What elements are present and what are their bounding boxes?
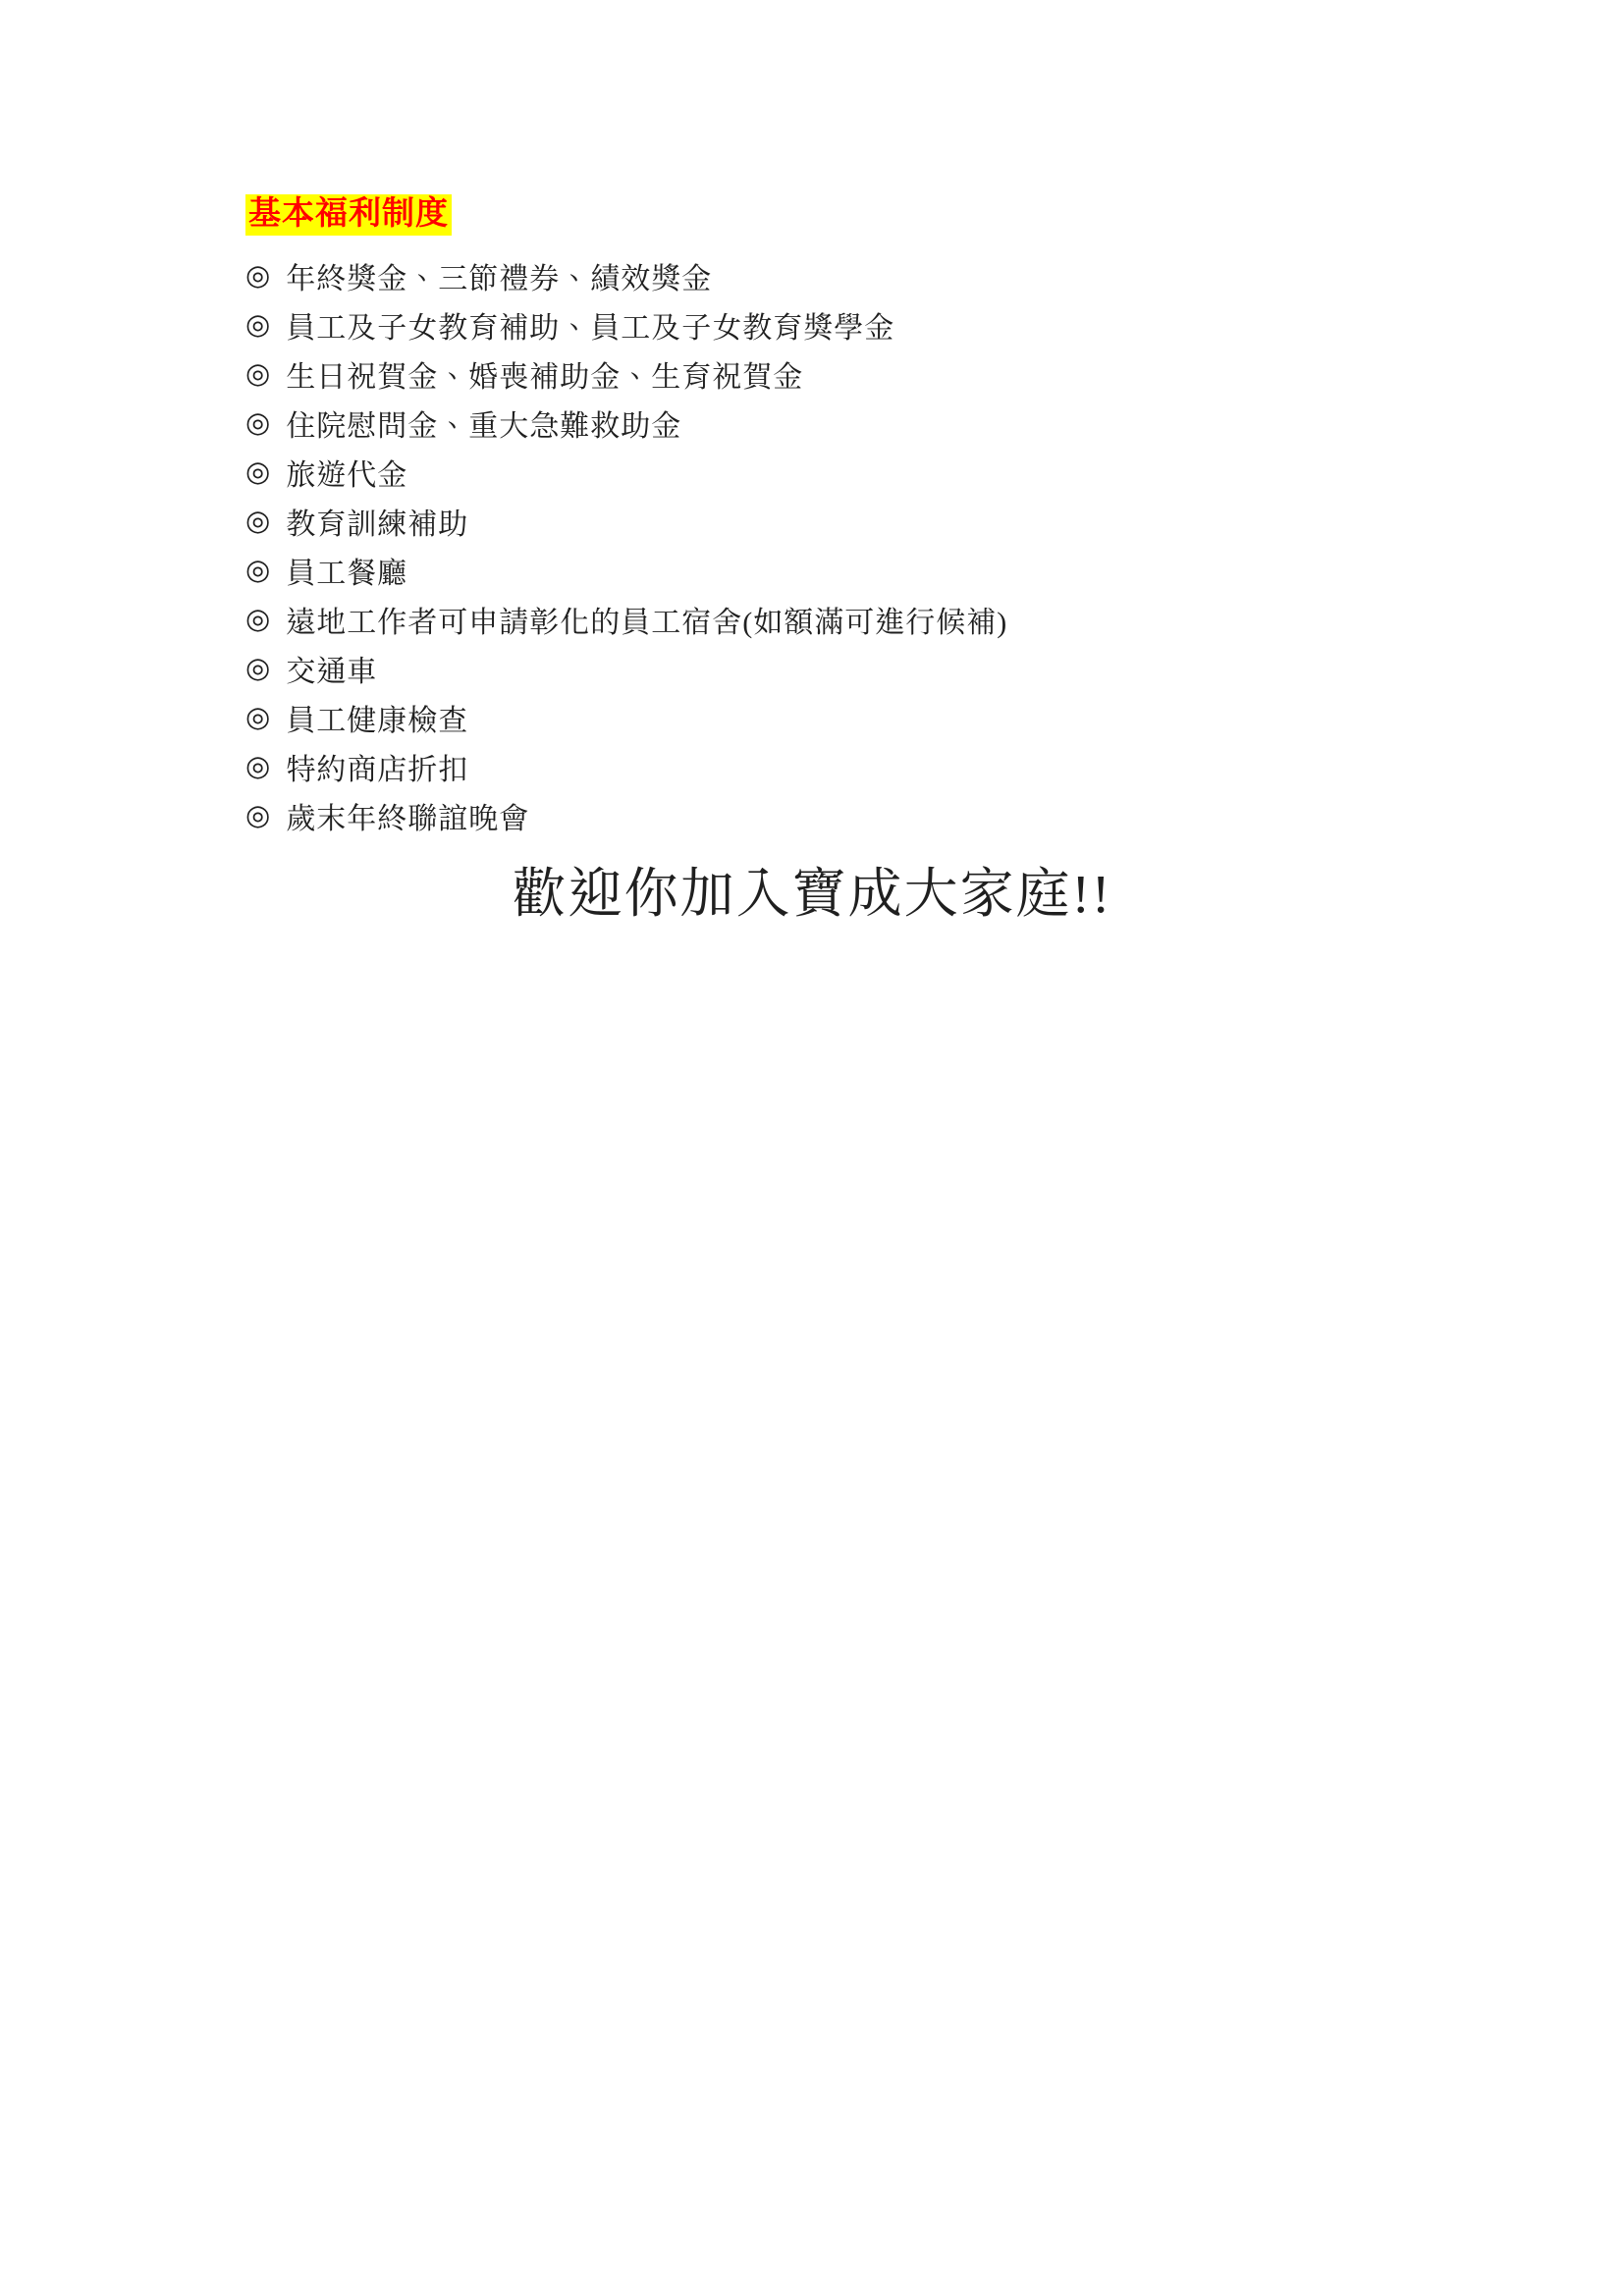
benefit-item: ◎ 旅遊代金 xyxy=(245,448,1379,497)
benefits-list: ◎ 年終獎金、三節禮券、績效獎金 ◎ 員工及子女教育補助、員工及子女教育獎學金 … xyxy=(245,251,1379,840)
benefit-item-text: 歲末年終聯誼晚會 xyxy=(286,794,529,837)
bullseye-bullet-icon: ◎ xyxy=(245,602,271,636)
benefit-item: ◎ 歲末年終聯誼晚會 xyxy=(245,791,1379,840)
section-title: 基本福利制度 xyxy=(245,194,452,236)
document-content: 基本福利制度 ◎ 年終獎金、三節禮券、績效獎金 ◎ 員工及子女教育補助、員工及子… xyxy=(245,194,1379,927)
bullseye-bullet-icon: ◎ xyxy=(245,651,271,685)
benefit-item-text: 教育訓練補助 xyxy=(286,500,468,543)
benefit-item: ◎ 年終獎金、三節禮券、績效獎金 xyxy=(245,251,1379,300)
benefit-item-text: 年終獎金、三節禮券、績效獎金 xyxy=(286,254,712,297)
benefit-item: ◎ 交通車 xyxy=(245,644,1379,693)
bullseye-bullet-icon: ◎ xyxy=(245,307,271,342)
benefit-item-text: 住院慰問金、重大急難救助金 xyxy=(286,401,681,445)
benefit-item-text: 交通車 xyxy=(286,647,377,690)
benefit-item-text: 員工健康檢查 xyxy=(286,696,468,739)
bullseye-bullet-icon: ◎ xyxy=(245,798,271,832)
benefit-item-text: 特約商店折扣 xyxy=(286,745,468,788)
bullseye-bullet-icon: ◎ xyxy=(245,700,271,734)
bullseye-bullet-icon: ◎ xyxy=(245,454,271,489)
benefit-item: ◎ 員工健康檢查 xyxy=(245,693,1379,742)
benefit-item: ◎ 教育訓練補助 xyxy=(245,497,1379,546)
bullseye-bullet-icon: ◎ xyxy=(245,504,271,538)
bullseye-bullet-icon: ◎ xyxy=(245,749,271,783)
benefit-item-text: 員工餐廳 xyxy=(286,549,407,592)
benefit-item: ◎ 特約商店折扣 xyxy=(245,742,1379,791)
benefit-item: ◎ 員工餐廳 xyxy=(245,546,1379,595)
closing-message: 歡迎你加入寶成大家庭!! xyxy=(245,862,1379,927)
benefit-item-text: 旅遊代金 xyxy=(286,451,407,494)
bullseye-bullet-icon: ◎ xyxy=(245,258,271,293)
benefit-item-text: 生日祝賀金、婚喪補助金、生育祝賀金 xyxy=(286,352,803,396)
benefit-item-text: 遠地工作者可申請彰化的員工宿舍(如額滿可進行候補) xyxy=(286,598,1007,641)
document-page: 基本福利制度 ◎ 年終獎金、三節禮券、績效獎金 ◎ 員工及子女教育補助、員工及子… xyxy=(0,0,1624,2296)
bullseye-bullet-icon: ◎ xyxy=(245,405,271,440)
benefit-item-text: 員工及子女教育補助、員工及子女教育獎學金 xyxy=(286,303,894,347)
benefit-item: ◎ 遠地工作者可申請彰化的員工宿舍(如額滿可進行候補) xyxy=(245,595,1379,644)
bullseye-bullet-icon: ◎ xyxy=(245,356,271,391)
benefit-item: ◎ 生日祝賀金、婚喪補助金、生育祝賀金 xyxy=(245,349,1379,399)
bullseye-bullet-icon: ◎ xyxy=(245,553,271,587)
benefit-item: ◎ 住院慰問金、重大急難救助金 xyxy=(245,399,1379,448)
benefit-item: ◎ 員工及子女教育補助、員工及子女教育獎學金 xyxy=(245,300,1379,349)
